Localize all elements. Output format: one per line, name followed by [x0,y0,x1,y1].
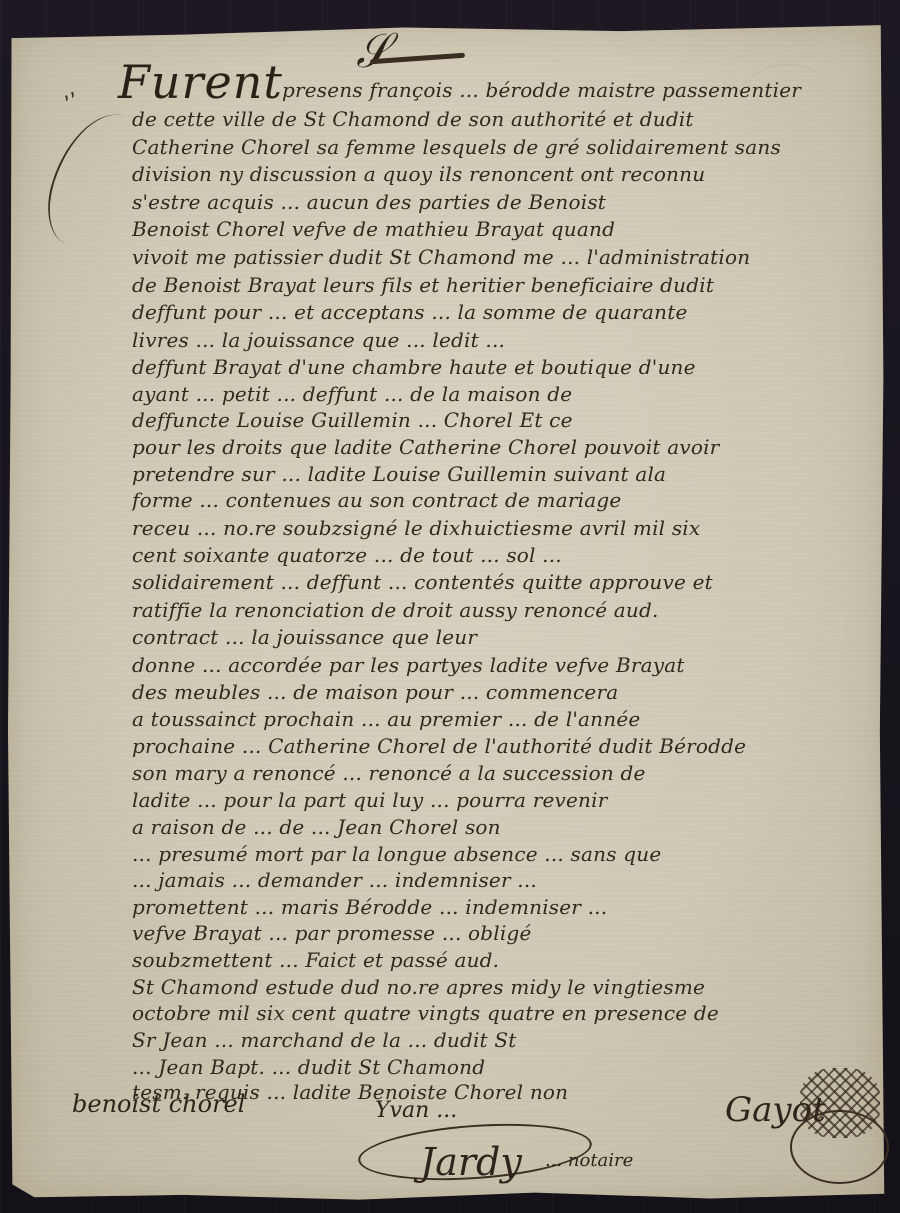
text-line: ... Jean Bapt. ... dudit St Chamond [132,1055,862,1079]
signature-top-center: Yvan ... [375,1098,457,1123]
signature-notary-note: ... notaire [545,1150,633,1171]
text-line: son mary a renoncé ... renoncé a la succ… [132,761,852,785]
text-line: presens françois ... bérodde maistre pas… [282,78,872,102]
text-line: forme ... contenues au son contract de m… [132,488,872,512]
text-line: receu ... no.re soubzsigné le dixhuictie… [132,516,852,540]
text-line: pour les droits que ladite Catherine Cho… [132,435,872,459]
signature-gayot: Gayot [725,1090,826,1130]
signature-benoist-chorel: benoist chorel [72,1090,245,1118]
text-line: deffunt Brayat d'une chambre haute et bo… [132,355,872,379]
text-line: Catherine Chorel sa femme lesquels de gr… [132,135,872,159]
text-line: vefve Brayat ... par promesse ... obligé [132,921,852,945]
text-line: ladite ... pour la part qui luy ... pour… [132,788,872,812]
text-line: prochaine ... Catherine Chorel de l'auth… [132,734,852,758]
text-line: deffunt pour ... et acceptans ... la som… [132,300,852,324]
text-line: de Benoist Brayat leurs fils et heritier… [132,273,872,297]
header-flourish: 𝒮 [352,24,391,78]
text-line: contract ... la jouissance que leur [132,625,852,649]
text-line: Sr Jean ... marchand de la ... dudit St [132,1028,832,1052]
text-line: a toussainct prochain ... au premier ...… [132,707,872,731]
text-line: St Chamond estude dud no.re apres midy l… [132,975,822,999]
text-line: a raison de ... de ... Jean Chorel son [132,815,852,839]
text-line: Benoist Chorel vefve de mathieu Brayat q… [132,217,822,241]
text-line: ratiffie la renonciation de droit aussy … [132,598,852,622]
text-line: octobre mil six cent quatre vingts quatr… [132,1001,832,1025]
signature-jardy: Jardy [420,1140,522,1184]
document-initial: Furent [118,55,283,109]
text-line: cent soixante quatorze ... de tout ... s… [132,543,852,567]
text-line: deffuncte Louise Guillemin ... Chorel Et… [132,408,832,432]
text-line: des meubles ... de maison pour ... comme… [132,680,872,704]
text-line: de cette ville de St Chamond de son auth… [132,107,872,131]
text-line: ... presumé mort par la longue absence .… [132,842,872,866]
text-line: livres ... la jouissance que ... ledit .… [132,328,852,352]
text-line: division ny discussion a quoy ils renonc… [132,162,872,186]
text-line: soubzmettent ... Faict et passé aud. [132,948,832,972]
text-line: promettent ... maris Bérodde ... indemni… [132,895,852,919]
text-line: donne ... accordée par les partyes ladit… [132,653,852,677]
text-line: ... jamais ... demander ... indemniser .… [132,868,852,892]
text-line: pretendre sur ... ladite Louise Guillemi… [132,462,872,486]
text-line: ayant ... petit ... deffunt ... de la ma… [132,382,872,406]
text-line: solidairement ... deffunt ... contentés … [132,570,852,594]
text-line: vivoit me patissier dudit St Chamond me … [132,245,872,269]
text-line: s'estre acquis ... aucun des parties de … [132,190,852,214]
